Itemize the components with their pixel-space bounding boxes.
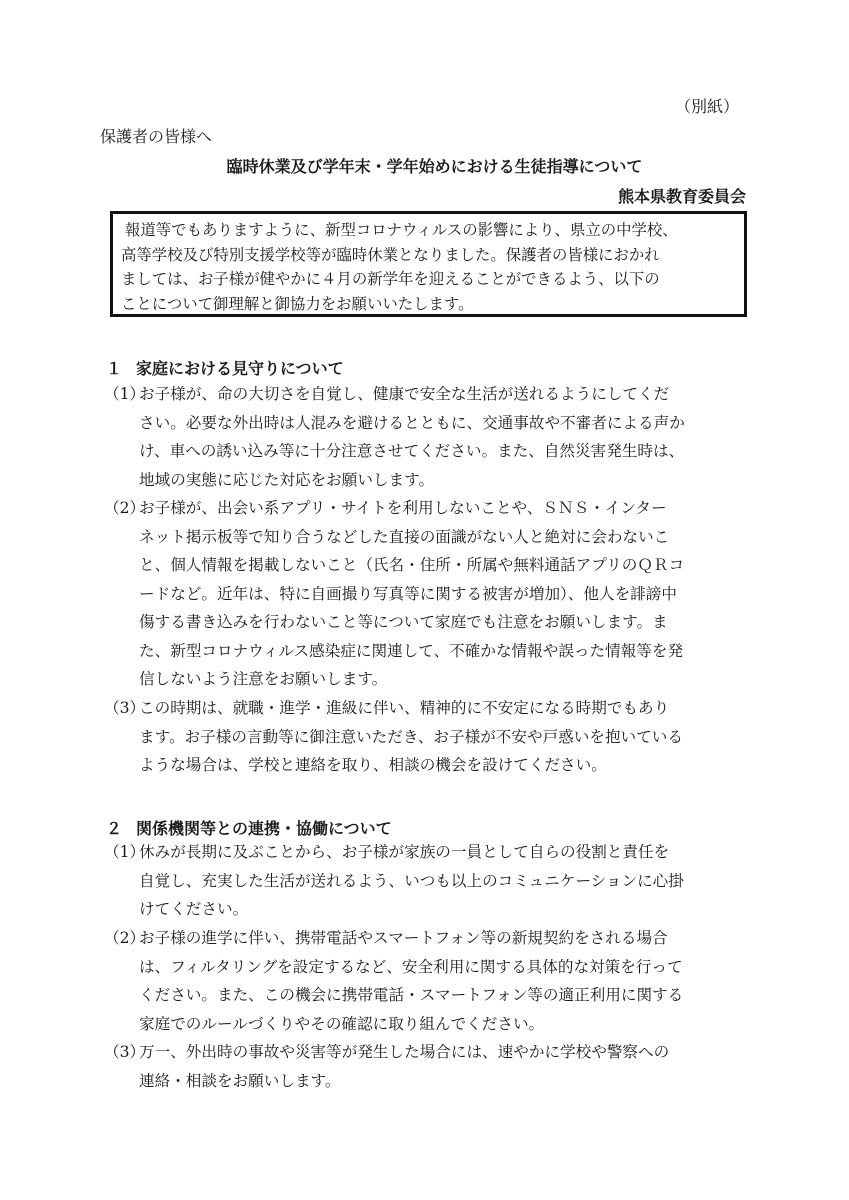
- item-line: ードなど。近年は、特に自画撮り写真等に関する被害が増加）、他人を誹謗中: [104, 580, 754, 609]
- item-line: 傷する書き込みを行わないこと等について家庭でも注意をお願いします。ま: [104, 608, 754, 637]
- section-1-item-2: （2）お子様が、出会い系アプリ・サイトを利用しないことや、ＳＮＳ・インター ネッ…: [104, 494, 754, 694]
- section-2-item-3: （3）万一、外出時の事故や災害等が発生した場合には、速やかに学校や警察への 連絡…: [104, 1038, 754, 1095]
- item-line: ネット掲示板等で知り合うなどした直接の面識がない人と絶対に会わないこ: [104, 523, 754, 552]
- section-number: １: [106, 356, 136, 379]
- item-line: 家庭でのルールづくりやその確認に取り組んでください。: [104, 1010, 754, 1039]
- attachment-label: （別紙）: [675, 94, 739, 117]
- intro-line: ましては、お子様が健やかに４月の新学年を迎えることができるよう、以下の: [113, 267, 744, 292]
- item-line: この時期は、就職・進学・進級に伴い、精神的に不安定になる時期でもあり: [139, 699, 669, 717]
- item-line: た、新型コロナウィルス感染症に関連して、不確かな情報や誤った情報等を発: [104, 637, 754, 666]
- item-line: 地域の実態に応じた対応をお願いします。: [104, 466, 754, 495]
- item-line: さい。必要な外出時は人混みを避けるとともに、交通事故や不審者による声か: [104, 409, 754, 438]
- greeting: 保護者の皆様へ: [100, 124, 212, 147]
- item-line: ような場合は、学校と連絡を取り、相談の機会を設けてください。: [104, 751, 754, 780]
- section-2-item-2: （2）お子様の進学に伴い、携帯電話やスマートフォン等の新規契約をされる場合 は、…: [104, 924, 754, 1038]
- item-line: 万一、外出時の事故や災害等が発生した場合には、速やかに学校や警察への: [139, 1043, 669, 1061]
- section-1-item-3: （3）この時期は、就職・進学・進級に伴い、精神的に不安定になる時期でもあり ます…: [104, 694, 754, 780]
- item-line: ください。また、この機会に携帯電話・スマートフォン等の適正利用に関する: [104, 981, 754, 1010]
- item-line: 自覚し、充実した生活が送れるよう、いつも以上のコミュニケーションに心掛: [104, 867, 754, 896]
- item-label: （1）: [104, 380, 139, 409]
- item-label: （2）: [104, 494, 139, 523]
- item-line: 連絡・相談をお願いします。: [104, 1067, 754, 1096]
- item-line: 信しないよう注意をお願いします。: [104, 665, 754, 694]
- intro-line: 高等学校及び特別支援学校等が臨時休業となりました。保護者の皆様におかれ: [113, 243, 744, 268]
- section-title: 家庭における見守りについて: [136, 359, 344, 378]
- item-line: けてください。: [104, 895, 754, 924]
- item-line: お子様の進学に伴い、携帯電話やスマートフォン等の新規契約をされる場合: [139, 929, 668, 947]
- item-label: （3）: [104, 694, 139, 723]
- item-line: は、フィルタリングを設定するなど、安全利用に関する具体的な対策を行って: [104, 953, 754, 982]
- item-label: （2）: [104, 924, 139, 953]
- intro-box: 報道等でもありますように、新型コロナウィルスの影響により、県立の中学校、 高等学…: [110, 211, 747, 317]
- section-number: ２: [106, 816, 136, 839]
- section-2-heading: ２関係機関等との連携・協働について: [106, 816, 392, 839]
- intro-line: 報道等でもありますように、新型コロナウィルスの影響により、県立の中学校、: [113, 214, 744, 243]
- section-title: 関係機関等との連携・協働について: [136, 819, 392, 838]
- item-line: 休みが長期に及ぶことから、お子様が家族の一員として自らの役割と責任を: [139, 843, 669, 861]
- section-1-item-1: （1）お子様が、命の大切さを自覚し、健康で安全な生活が送れるようにしてくだ さい…: [104, 380, 754, 494]
- item-line: け、車への誘い込み等に十分注意させてください。また、自然災害発生時は、: [104, 437, 754, 466]
- intro-line: ことについて御理解と御協力をお願いいたします。: [113, 292, 744, 317]
- issuing-organization: 熊本県教育委員会: [618, 184, 746, 207]
- item-line: ます。お子様の言動等に御注意いただき、お子様が不安や戸惑いを抱いている: [104, 723, 754, 752]
- item-label: （1）: [104, 838, 139, 867]
- item-line: お子様が、出会い系アプリ・サイトを利用しないことや、ＳＮＳ・インター: [139, 499, 667, 517]
- item-line: と、個人情報を掲載しないこと（氏名・住所・所属や無料通話アプリのＱＲコ: [104, 551, 754, 580]
- item-label: （3）: [104, 1038, 139, 1067]
- section-1-heading: １家庭における見守りについて: [106, 356, 344, 379]
- document-title: 臨時休業及び学年末・学年始めにおける生徒指導について: [0, 154, 849, 177]
- section-2-item-1: （1）休みが長期に及ぶことから、お子様が家族の一員として自らの役割と責任を 自覚…: [104, 838, 754, 924]
- item-line: お子様が、命の大切さを自覚し、健康で安全な生活が送れるようにしてくだ: [139, 385, 669, 403]
